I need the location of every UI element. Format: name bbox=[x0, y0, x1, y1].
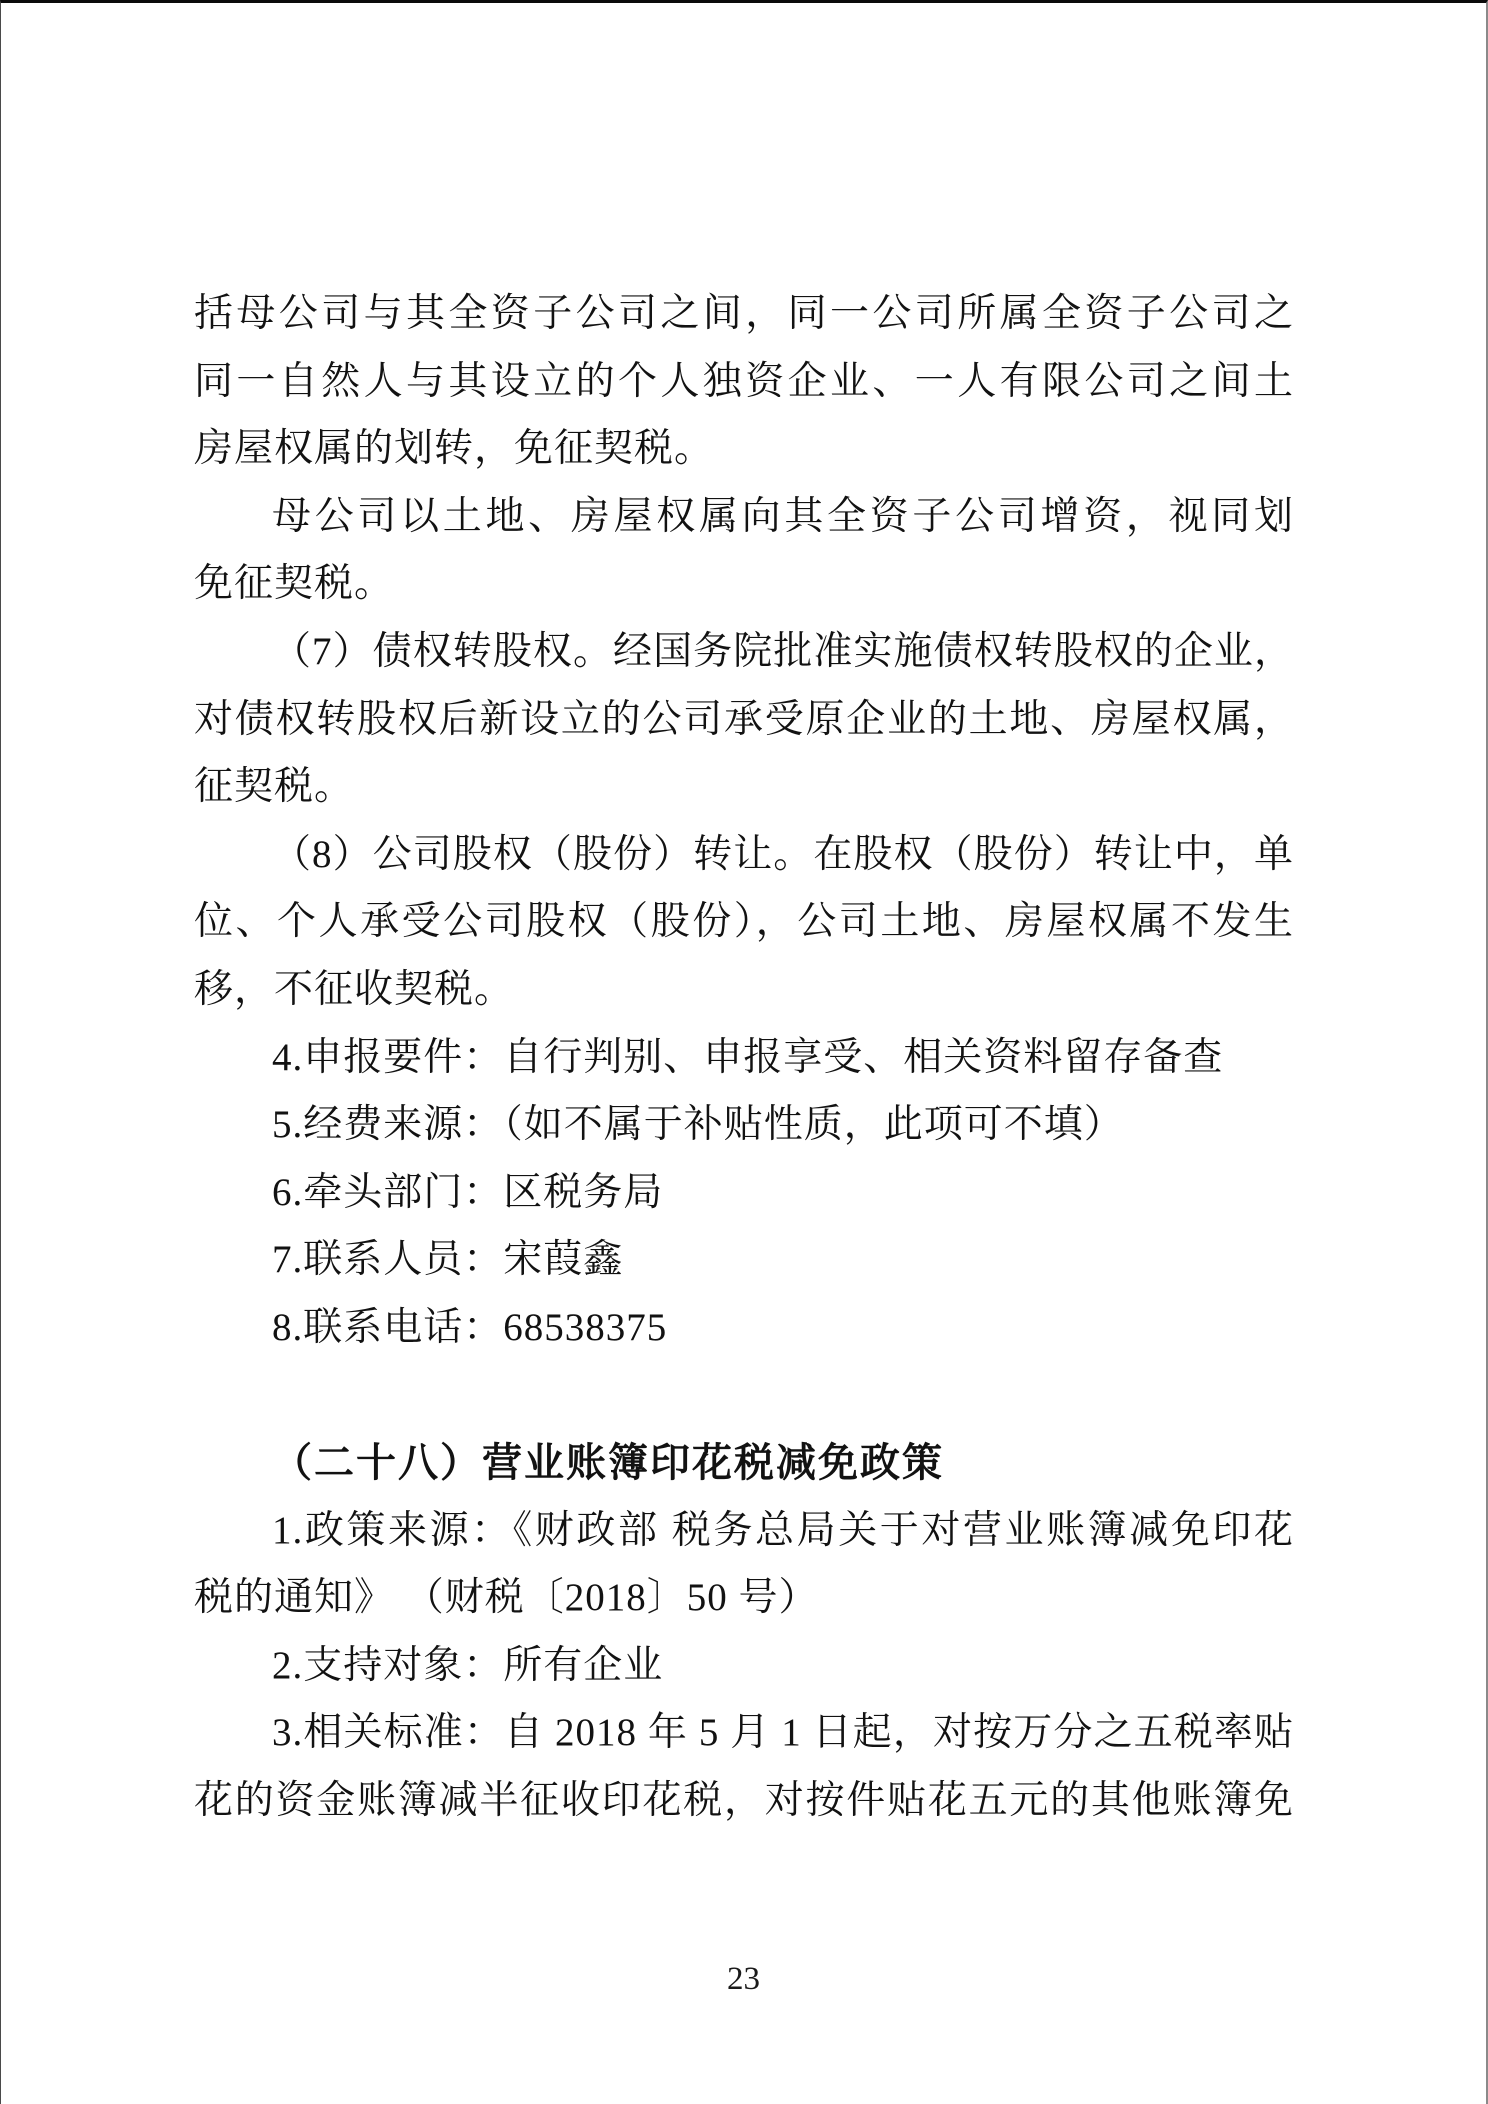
text-line: 征契税。 bbox=[194, 753, 1294, 821]
text-line: 7.联系人员：宋葭鑫 bbox=[194, 1226, 1294, 1294]
page-footer: 23 bbox=[1, 1961, 1486, 1998]
document-page: 括母公司与其全资子公司之间，同一公司所属全资子公司之间，同一自然人与其设立的个人… bbox=[0, 0, 1488, 2104]
text-line: 4.申报要件：自行判别、申报享受、相关资料留存备查 bbox=[194, 1024, 1294, 1092]
text-line: 2.支持对象：所有企业 bbox=[194, 1632, 1294, 1700]
text-line: 3.相关标准：自 2018 年 5 月 1 日起，对按万分之五税率贴 bbox=[194, 1699, 1294, 1767]
text-line: 位、个人承受公司股权（股份），公司土地、房屋权属不发生转 bbox=[194, 888, 1294, 956]
text-line: 免征契税。 bbox=[194, 550, 1294, 618]
text-line: 同一自然人与其设立的个人独资企业、一人有限公司之间土地、 bbox=[194, 348, 1294, 416]
text-line: 5.经费来源：（如不属于补贴性质，此项可不填） bbox=[194, 1091, 1294, 1159]
text-line: （8）公司股权（股份）转让。在股权（股份）转让中，单 bbox=[194, 821, 1294, 889]
text-line: 8.联系电话：68538375 bbox=[194, 1294, 1294, 1362]
text-line: 母公司以土地、房屋权属向其全资子公司增资，视同划转， bbox=[194, 483, 1294, 551]
document-text: 括母公司与其全资子公司之间，同一公司所属全资子公司之间，同一自然人与其设立的个人… bbox=[194, 280, 1294, 1835]
text-line: 房屋权属的划转，免征契税。 bbox=[194, 415, 1294, 483]
text-line: 1.政策来源：《财政部 税务总局关于对营业账簿减免印花 bbox=[194, 1497, 1294, 1565]
section-heading: （二十八）营业账簿印花税减免政策 bbox=[194, 1429, 1294, 1497]
text-line: （7）债权转股权。经国务院批准实施债权转股权的企业， bbox=[194, 618, 1294, 686]
text-line: 移，不征收契税。 bbox=[194, 956, 1294, 1024]
text-line: 税的通知》 （财税〔2018〕50 号） bbox=[194, 1564, 1294, 1632]
text-line: 括母公司与其全资子公司之间，同一公司所属全资子公司之间， bbox=[194, 280, 1294, 348]
blank-line bbox=[194, 1362, 1294, 1430]
text-line: 花的资金账簿减半征收印花税，对按件贴花五元的其他账簿免征 bbox=[194, 1767, 1294, 1835]
text-line: 对债权转股权后新设立的公司承受原企业的土地、房屋权属，免 bbox=[194, 686, 1294, 754]
page-number: 23 bbox=[727, 1961, 760, 1997]
text-line: 6.牵头部门：区税务局 bbox=[194, 1159, 1294, 1227]
